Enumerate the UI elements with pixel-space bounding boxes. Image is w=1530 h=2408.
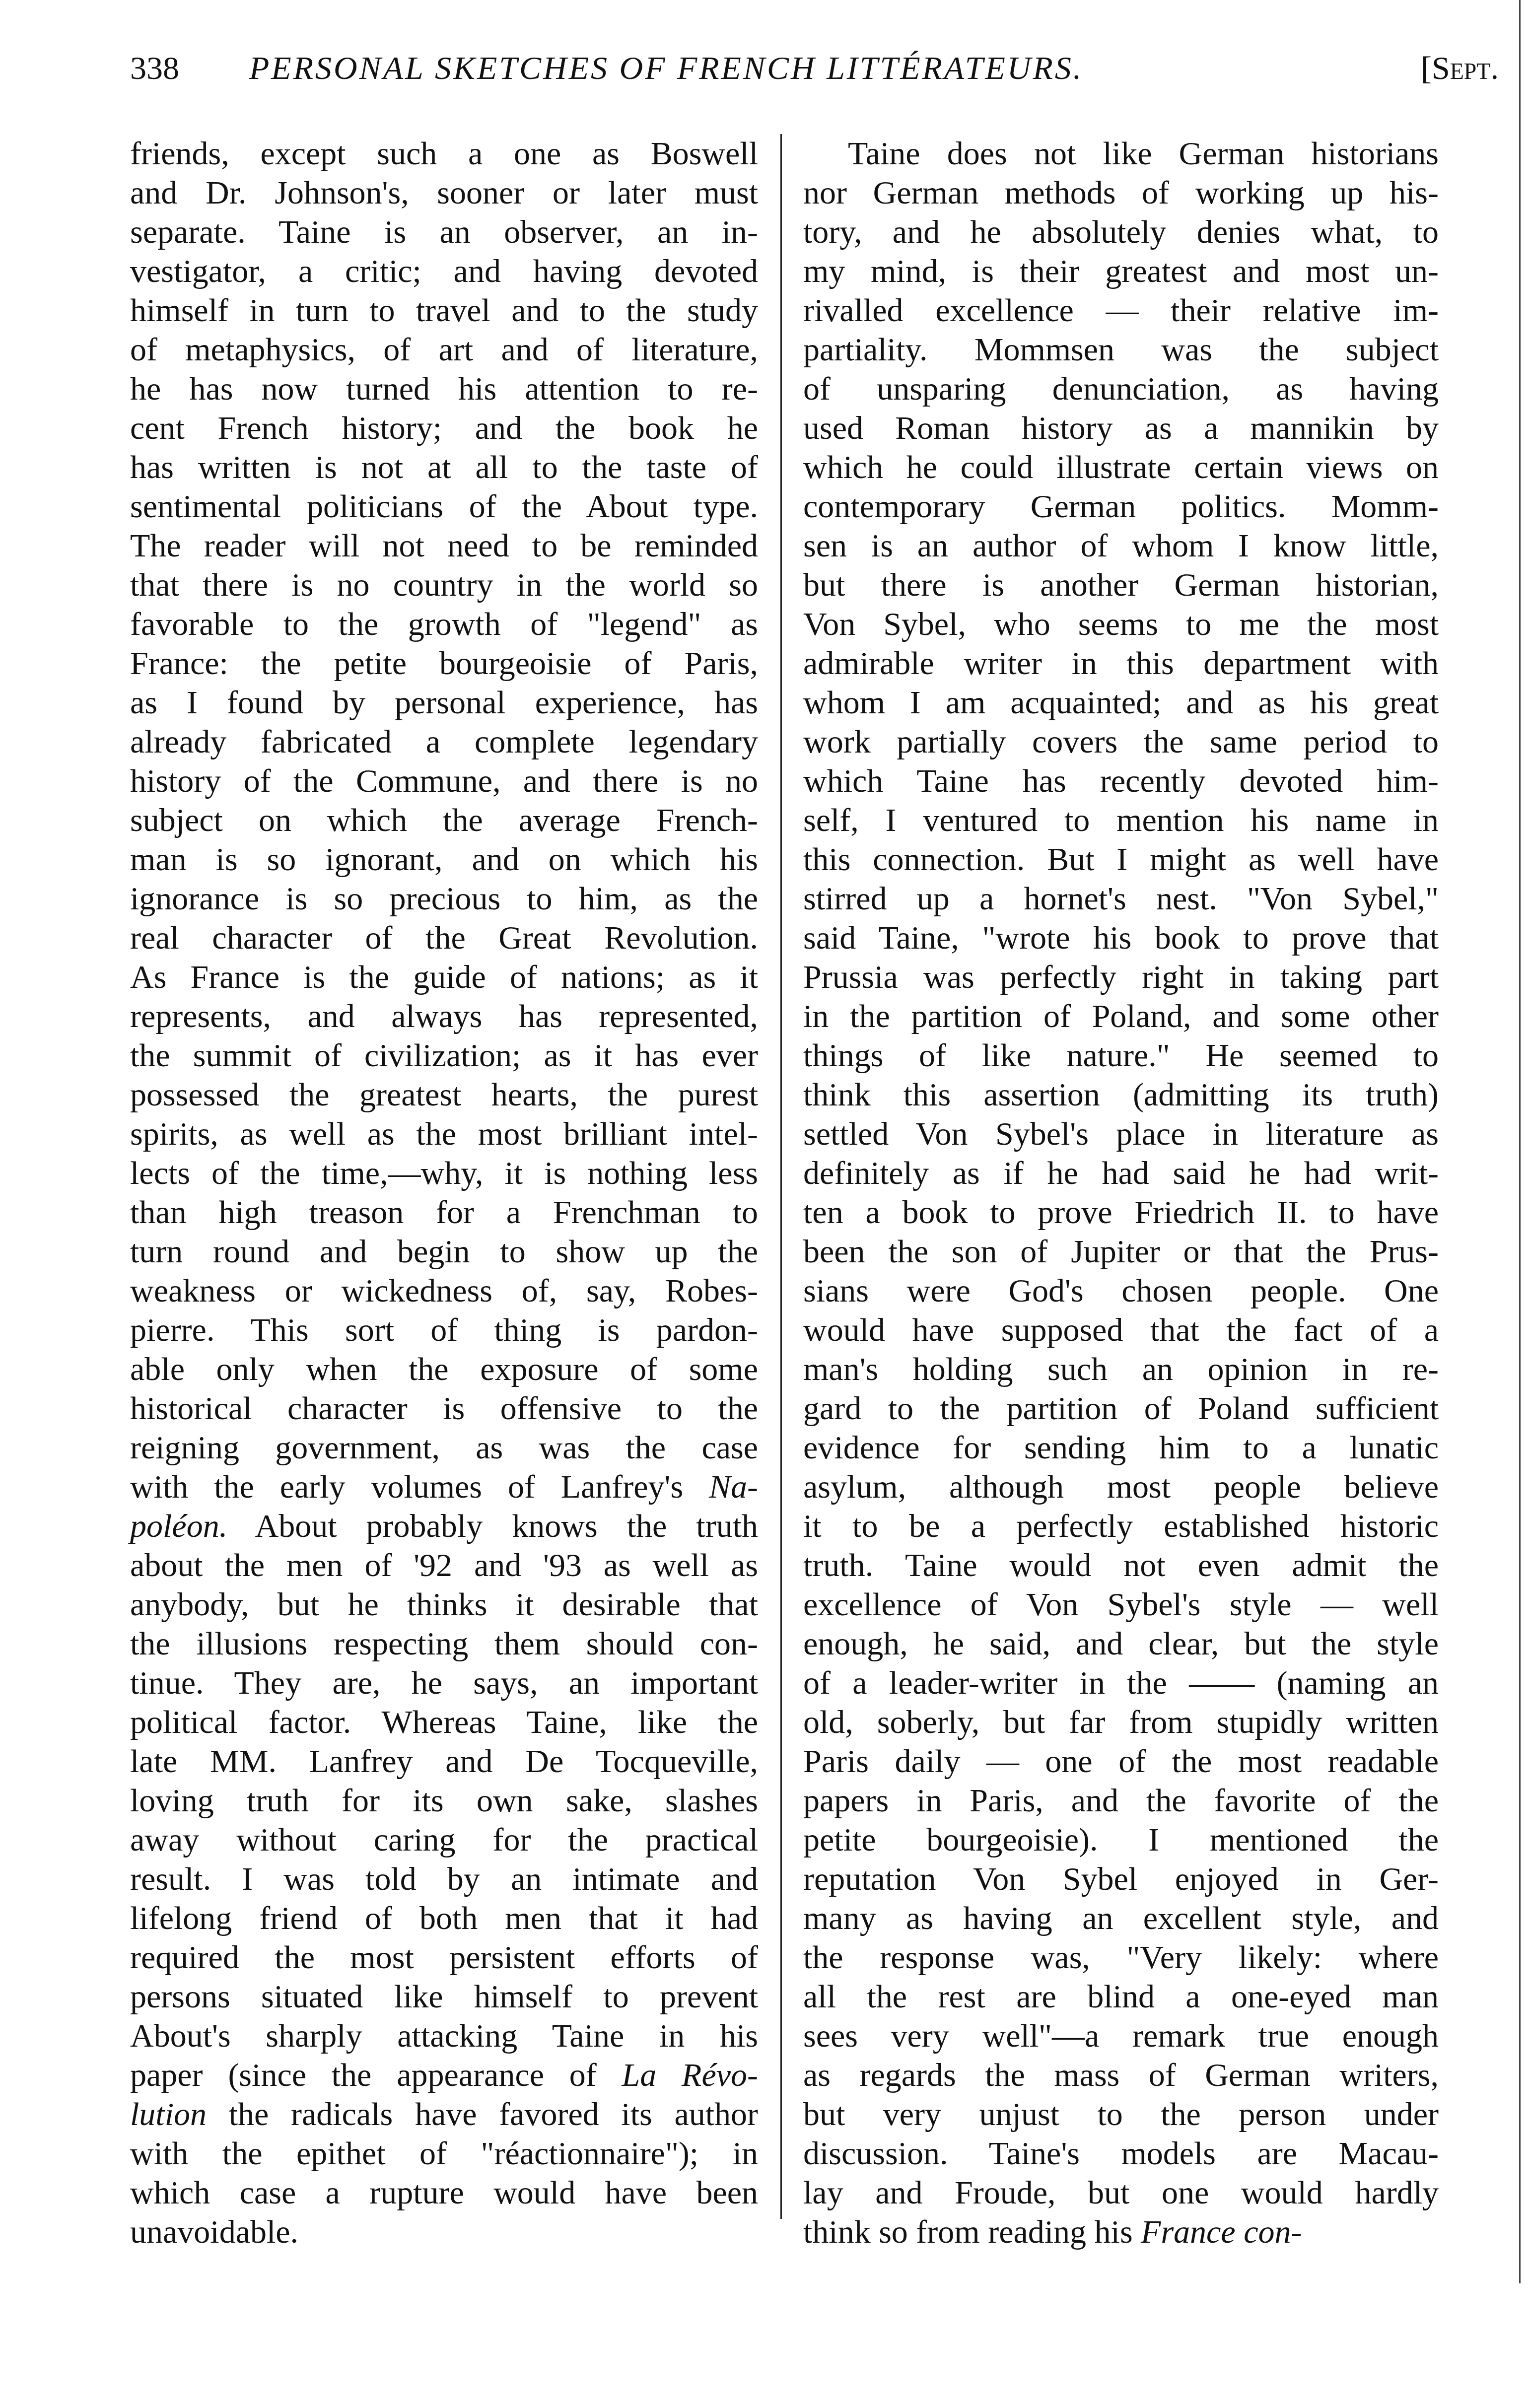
text-line: vestigator, a critic; and having devoted (130, 252, 758, 291)
text-line: Taine does not like German historians (803, 134, 1439, 173)
text-line: man is so ignorant, and on which his (130, 840, 758, 879)
text-line: The reader will not need to be reminded (130, 526, 758, 565)
text-line: with the early volumes of Lanfrey's Na- (130, 1467, 758, 1507)
text-line: of metaphysics, of art and of literature… (130, 330, 758, 369)
text-line: cent French history; and the book he (130, 409, 758, 448)
text-line: said Taine, "wrote his book to prove tha… (803, 918, 1439, 958)
text-line: political factor. Whereas Taine, like th… (130, 1703, 758, 1742)
text-line: friends, except such a one as Boswell (130, 134, 758, 173)
text-line: admirable writer in this department with (803, 644, 1439, 683)
text-line: poléon. About probably knows the truth (130, 1507, 758, 1546)
text-line: away without caring for the practical (130, 1820, 758, 1859)
text-line: old, soberly, but far from stupidly writ… (803, 1703, 1439, 1742)
text-line: Von Sybel, who seems to me the most (803, 605, 1439, 644)
text-line: Prussia was perfectly right in taking pa… (803, 958, 1439, 997)
text-line: that there is no country in the world so (130, 565, 758, 605)
text-line: with the epithet of "réactionnaire"); in (130, 2134, 758, 2173)
text-line: required the most persistent efforts of (130, 1938, 758, 1977)
text-line: used Roman history as a mannikin by (803, 409, 1439, 448)
text-line: history of the Commune, and there is no (130, 761, 758, 801)
text-line: himself in turn to travel and to the stu… (130, 291, 758, 330)
text-line: truth. Taine would not even admit the (803, 1546, 1439, 1585)
text-line: weakness or wickedness of, say, Robes- (130, 1271, 758, 1310)
text-line: would have supposed that the fact of a (803, 1310, 1439, 1350)
text-line: represents, and always has represented, (130, 997, 758, 1036)
text-line: but there is another German historian, (803, 565, 1439, 605)
text-line: self, I ventured to mention his name in (803, 801, 1439, 840)
text-line: lects of the time,—why, it is nothing le… (130, 1154, 758, 1193)
text-line: anybody, but he thinks it desirable that (130, 1585, 758, 1624)
text-line: it to be a perfectly established histori… (803, 1507, 1439, 1546)
text-line: than high treason for a Frenchman to (130, 1193, 758, 1232)
text-line: definitely as if he had said he had writ… (803, 1154, 1439, 1193)
text-line: petite bourgeoisie). I mentioned the (803, 1820, 1439, 1859)
text-line: been the son of Jupiter or that the Prus… (803, 1232, 1439, 1271)
text-line: pierre. This sort of thing is pardon- (130, 1310, 758, 1350)
text-line: Paris daily — one of the most readable (803, 1742, 1439, 1781)
text-line: think this assertion (admitting its trut… (803, 1075, 1439, 1114)
text-line: all the rest are blind a one-eyed man (803, 1977, 1439, 2016)
column-divider (780, 134, 782, 2219)
text-line: rivalled excellence — their relative im- (803, 291, 1439, 330)
text-line: in the partition of Poland, and some oth… (803, 997, 1439, 1036)
text-line: real character of the Great Revolution. (130, 918, 758, 958)
text-line: evidence for sending him to a lunatic (803, 1428, 1439, 1467)
text-line: able only when the exposure of some (130, 1350, 758, 1389)
text-line: about the men of '92 and '93 as well as (130, 1546, 758, 1585)
text-line: as regards the mass of German writers, (803, 2056, 1439, 2095)
text-line: asylum, although most people believe (803, 1467, 1439, 1507)
text-line: the illusions respecting them should con… (130, 1624, 758, 1663)
running-header: 338 PERSONAL SKETCHES OF FRENCH LITTÉRAT… (130, 50, 1451, 94)
text-line: favorable to the growth of "legend" as (130, 605, 758, 644)
running-title: PERSONAL SKETCHES OF FRENCH LITTÉRATEURS… (249, 50, 1083, 87)
text-line: loving truth for its own sake, slashes (130, 1781, 758, 1820)
text-line: enough, he said, and clear, but the styl… (803, 1624, 1439, 1663)
text-line: this connection. But I might as well hav… (803, 840, 1439, 879)
text-line: discussion. Taine's models are Macau- (803, 2134, 1439, 2173)
text-line: papers in Paris, and the favorite of the (803, 1781, 1439, 1820)
page-edge-line (1519, 0, 1521, 2283)
page-number: 338 (130, 50, 179, 87)
text-line: tory, and he absolutely denies what, to (803, 212, 1439, 252)
text-line: France: the petite bourgeoisie of Paris, (130, 644, 758, 683)
text-line: which he could illustrate certain views … (803, 448, 1439, 487)
text-line: which Taine has recently devoted him- (803, 761, 1439, 801)
text-line: excellence of Von Sybel's style — well (803, 1585, 1439, 1624)
text-line: the response was, "Very likely: where (803, 1938, 1439, 1977)
text-line: and Dr. Johnson's, sooner or later must (130, 173, 758, 212)
text-line: contemporary German politics. Momm- (803, 487, 1439, 526)
text-line: the summit of civilization; as it has ev… (130, 1036, 758, 1075)
text-line: sentimental politicians of the About typ… (130, 487, 758, 526)
text-line: reigning government, as was the case (130, 1428, 758, 1467)
text-line: think so from reading his France con- (803, 2212, 1439, 2252)
text-line: lay and Froude, but one would hardly (803, 2173, 1439, 2212)
text-line: of a leader-writer in the —— (naming an (803, 1663, 1439, 1703)
text-line: gard to the partition of Poland sufficie… (803, 1389, 1439, 1428)
text-line: spirits, as well as the most brilliant i… (130, 1114, 758, 1154)
text-line: many as having an excellent style, and (803, 1899, 1439, 1938)
left-column: friends, except such a one as Boswelland… (130, 134, 758, 2252)
text-line: As France is the guide of nations; as it (130, 958, 758, 997)
text-line: sians were God's chosen people. One (803, 1271, 1439, 1310)
text-line: stirred up a hornet's nest. "Von Sybel," (803, 879, 1439, 918)
text-line: already fabricated a complete legendary (130, 722, 758, 761)
text-line: lution the radicals have favored its aut… (130, 2095, 758, 2134)
text-line: result. I was told by an intimate and (130, 1859, 758, 1899)
text-line: possessed the greatest hearts, the pures… (130, 1075, 758, 1114)
text-line: ignorance is so precious to him, as the (130, 879, 758, 918)
text-line: historical character is offensive to the (130, 1389, 758, 1428)
text-line: work partially covers the same period to (803, 722, 1439, 761)
text-line: sen is an author of whom I know little, (803, 526, 1439, 565)
text-line: nor German methods of working up his- (803, 173, 1439, 212)
text-line: as I found by personal experience, has (130, 683, 758, 722)
issue-month: [Sept. (1421, 50, 1499, 87)
text-line: my mind, is their greatest and most un- (803, 252, 1439, 291)
text-line: man's holding such an opinion in re- (803, 1350, 1439, 1389)
text-line: separate. Taine is an observer, an in- (130, 212, 758, 252)
text-line: late MM. Lanfrey and De Tocqueville, (130, 1742, 758, 1781)
text-line: lifelong friend of both men that it had (130, 1899, 758, 1938)
text-line: ten a book to prove Friedrich II. to hav… (803, 1193, 1439, 1232)
text-line: has written is not at all to the taste o… (130, 448, 758, 487)
text-line: paper (since the appearance of La Révo- (130, 2056, 758, 2095)
text-line: things of like nature." He seemed to (803, 1036, 1439, 1075)
text-line: subject on which the average French- (130, 801, 758, 840)
text-line: whom I am acquainted; and as his great (803, 683, 1439, 722)
text-line: but very unjust to the person under (803, 2095, 1439, 2134)
text-line: About's sharply attacking Taine in his (130, 2016, 758, 2056)
text-line: turn round and begin to show up the (130, 1232, 758, 1271)
text-line: which case a rupture would have been (130, 2173, 758, 2212)
text-line: persons situated like himself to prevent (130, 1977, 758, 2016)
text-line: tinue. They are, he says, an important (130, 1663, 758, 1703)
text-line: settled Von Sybel's place in literature … (803, 1114, 1439, 1154)
text-line: partiality. Mommsen was the subject (803, 330, 1439, 369)
text-line: reputation Von Sybel enjoyed in Ger- (803, 1859, 1439, 1899)
text-line: sees very well"—a remark true enough (803, 2016, 1439, 2056)
text-line: of unsparing denunciation, as having (803, 369, 1439, 409)
text-line: he has now turned his attention to re- (130, 369, 758, 409)
right-column: Taine does not like German historiansnor… (803, 134, 1439, 2252)
text-line: unavoidable. (130, 2212, 758, 2252)
